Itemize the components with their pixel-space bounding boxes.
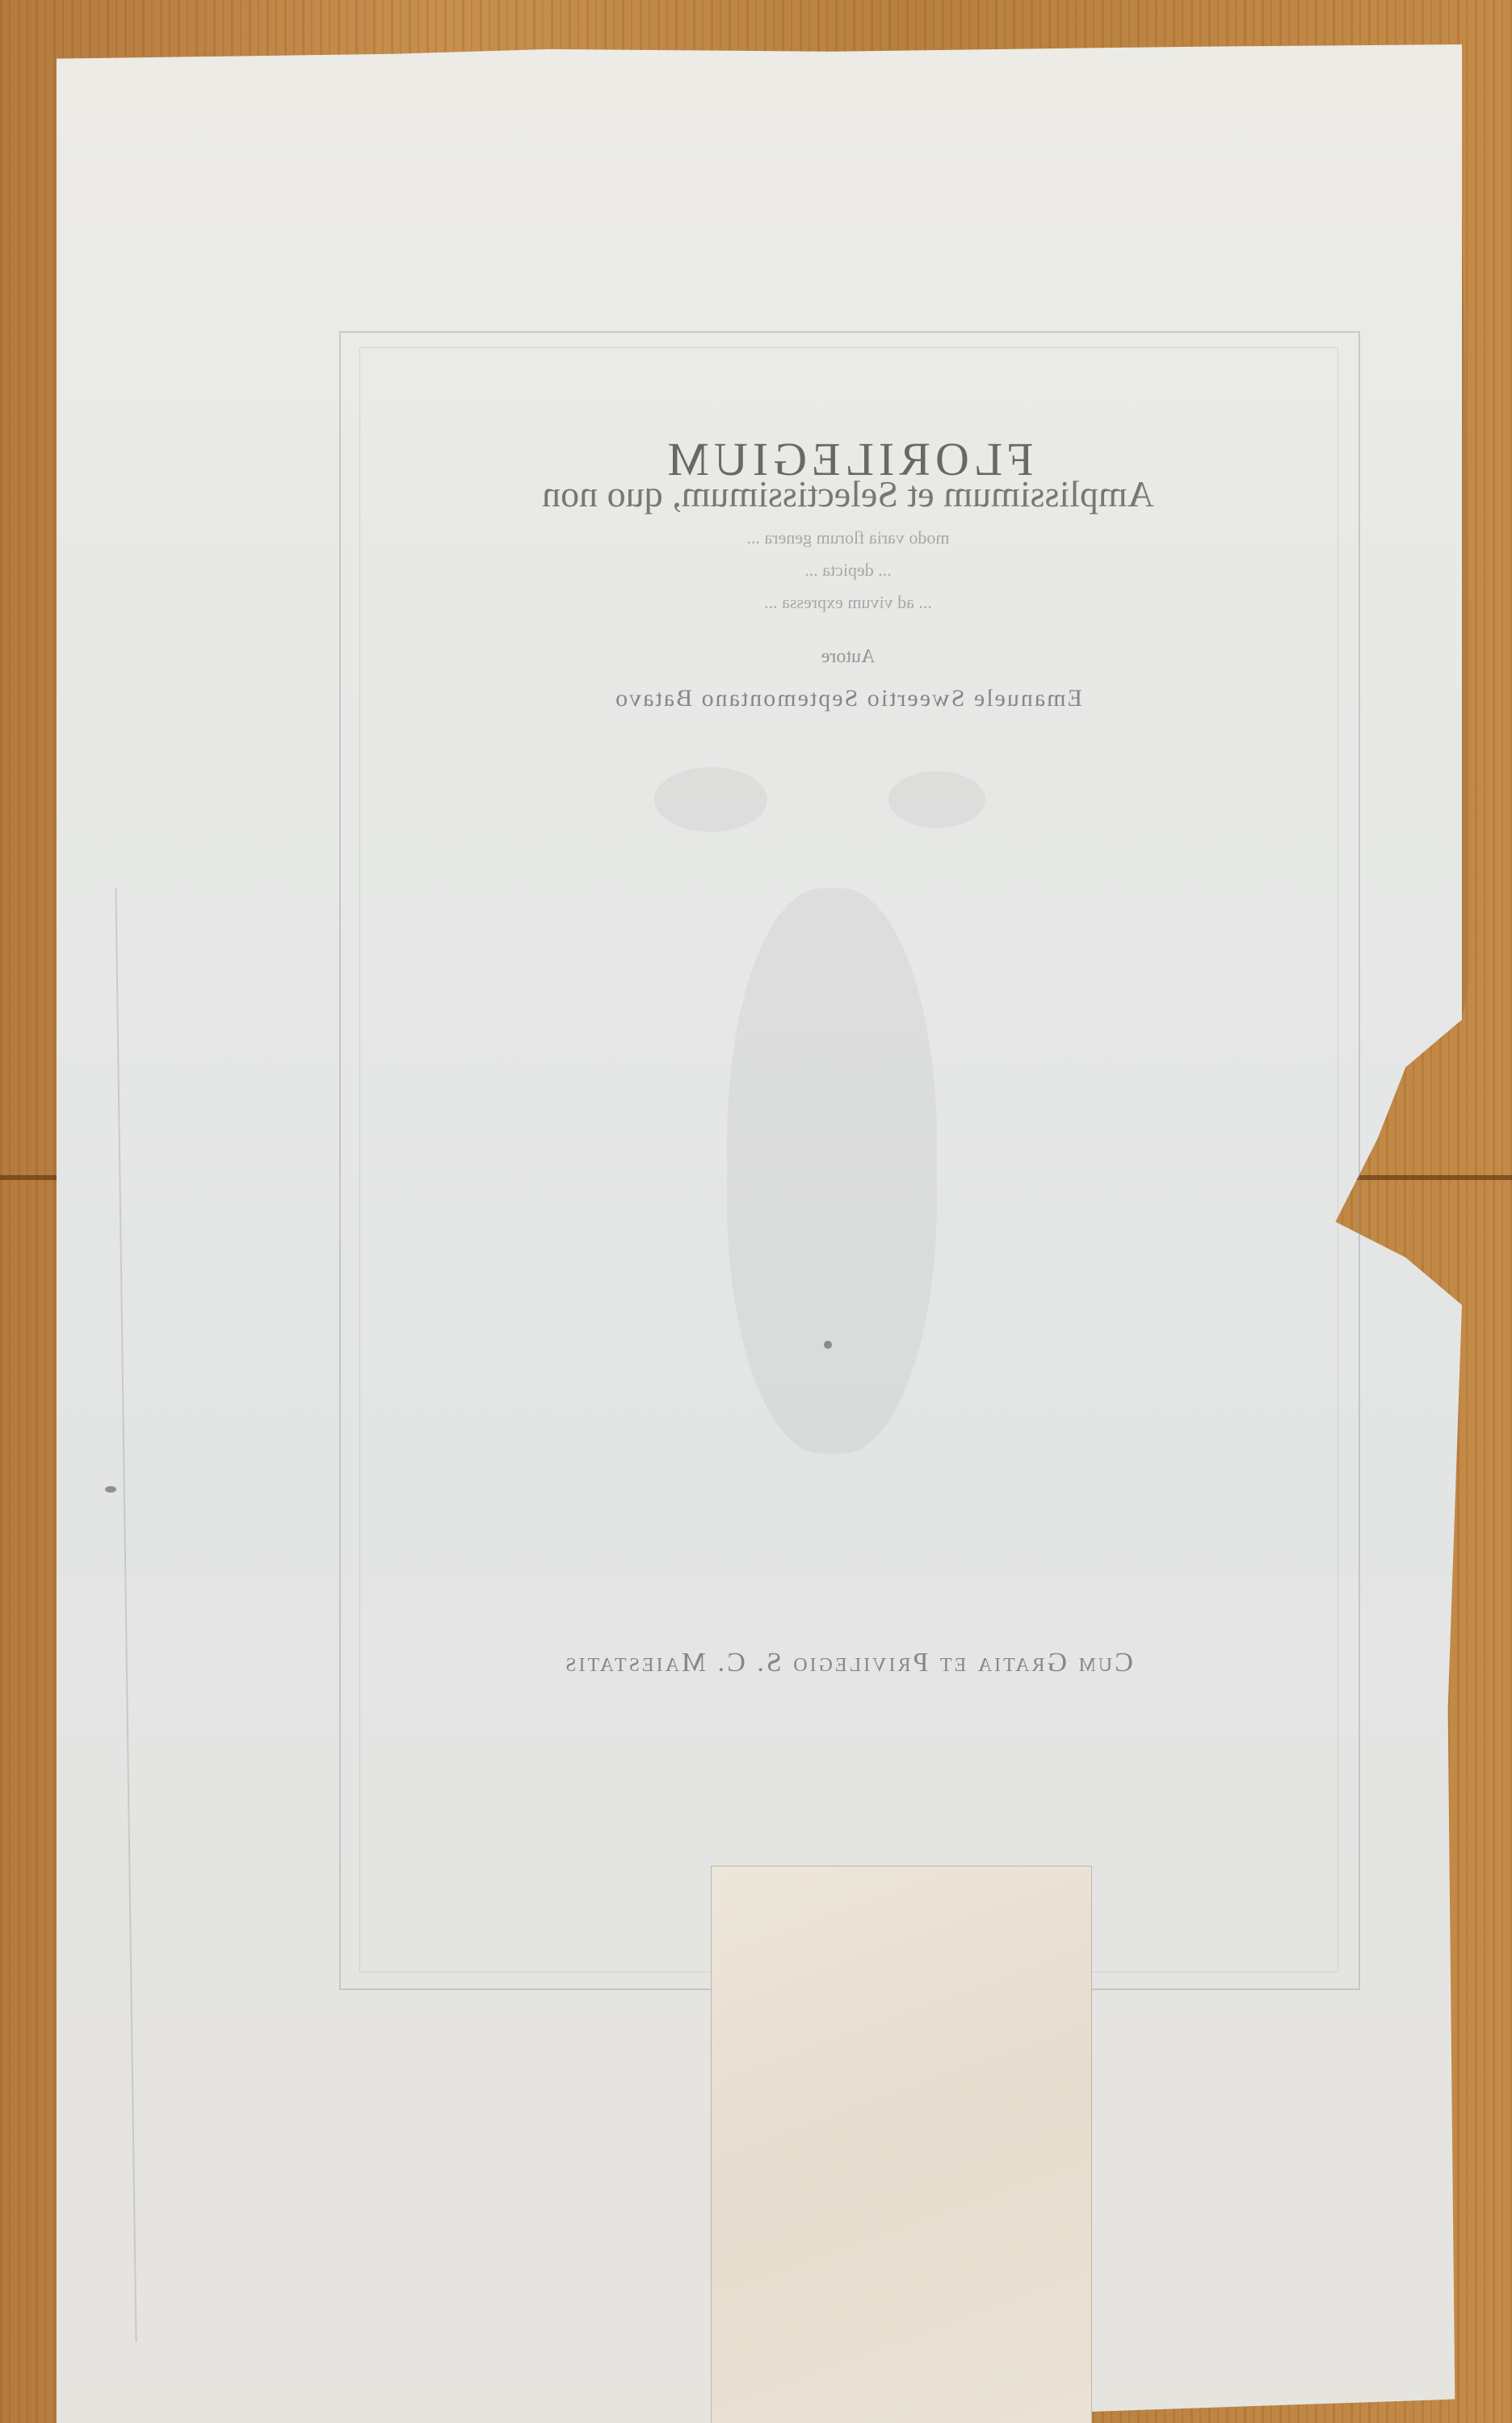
mirrored-privilege-line: Cum Gratia et Privilegio S. C. Maiestati… (339, 1648, 1357, 1678)
mirrored-body-line: modo varia florum genera ... (339, 525, 1357, 551)
foxing-spot (824, 1341, 832, 1349)
mirrored-body-line: ... depicta ... (339, 557, 1357, 583)
figure-silhouette (727, 888, 937, 1454)
mirrored-author-name: Emanuele Sweertio Septemontano Batavo (339, 685, 1357, 712)
paper-repair-patch (711, 1866, 1092, 2423)
mirrored-subtitle: Amplissimum et Selectissimum, quo non (339, 472, 1357, 515)
cartouche-ornament (888, 771, 985, 828)
mirrored-author-label: Autore (339, 646, 1357, 668)
foxing-spot (105, 1486, 116, 1493)
cartouche-ornament (654, 767, 767, 832)
mirrored-body-line: ... ad vivum expressa ... (339, 590, 1357, 615)
